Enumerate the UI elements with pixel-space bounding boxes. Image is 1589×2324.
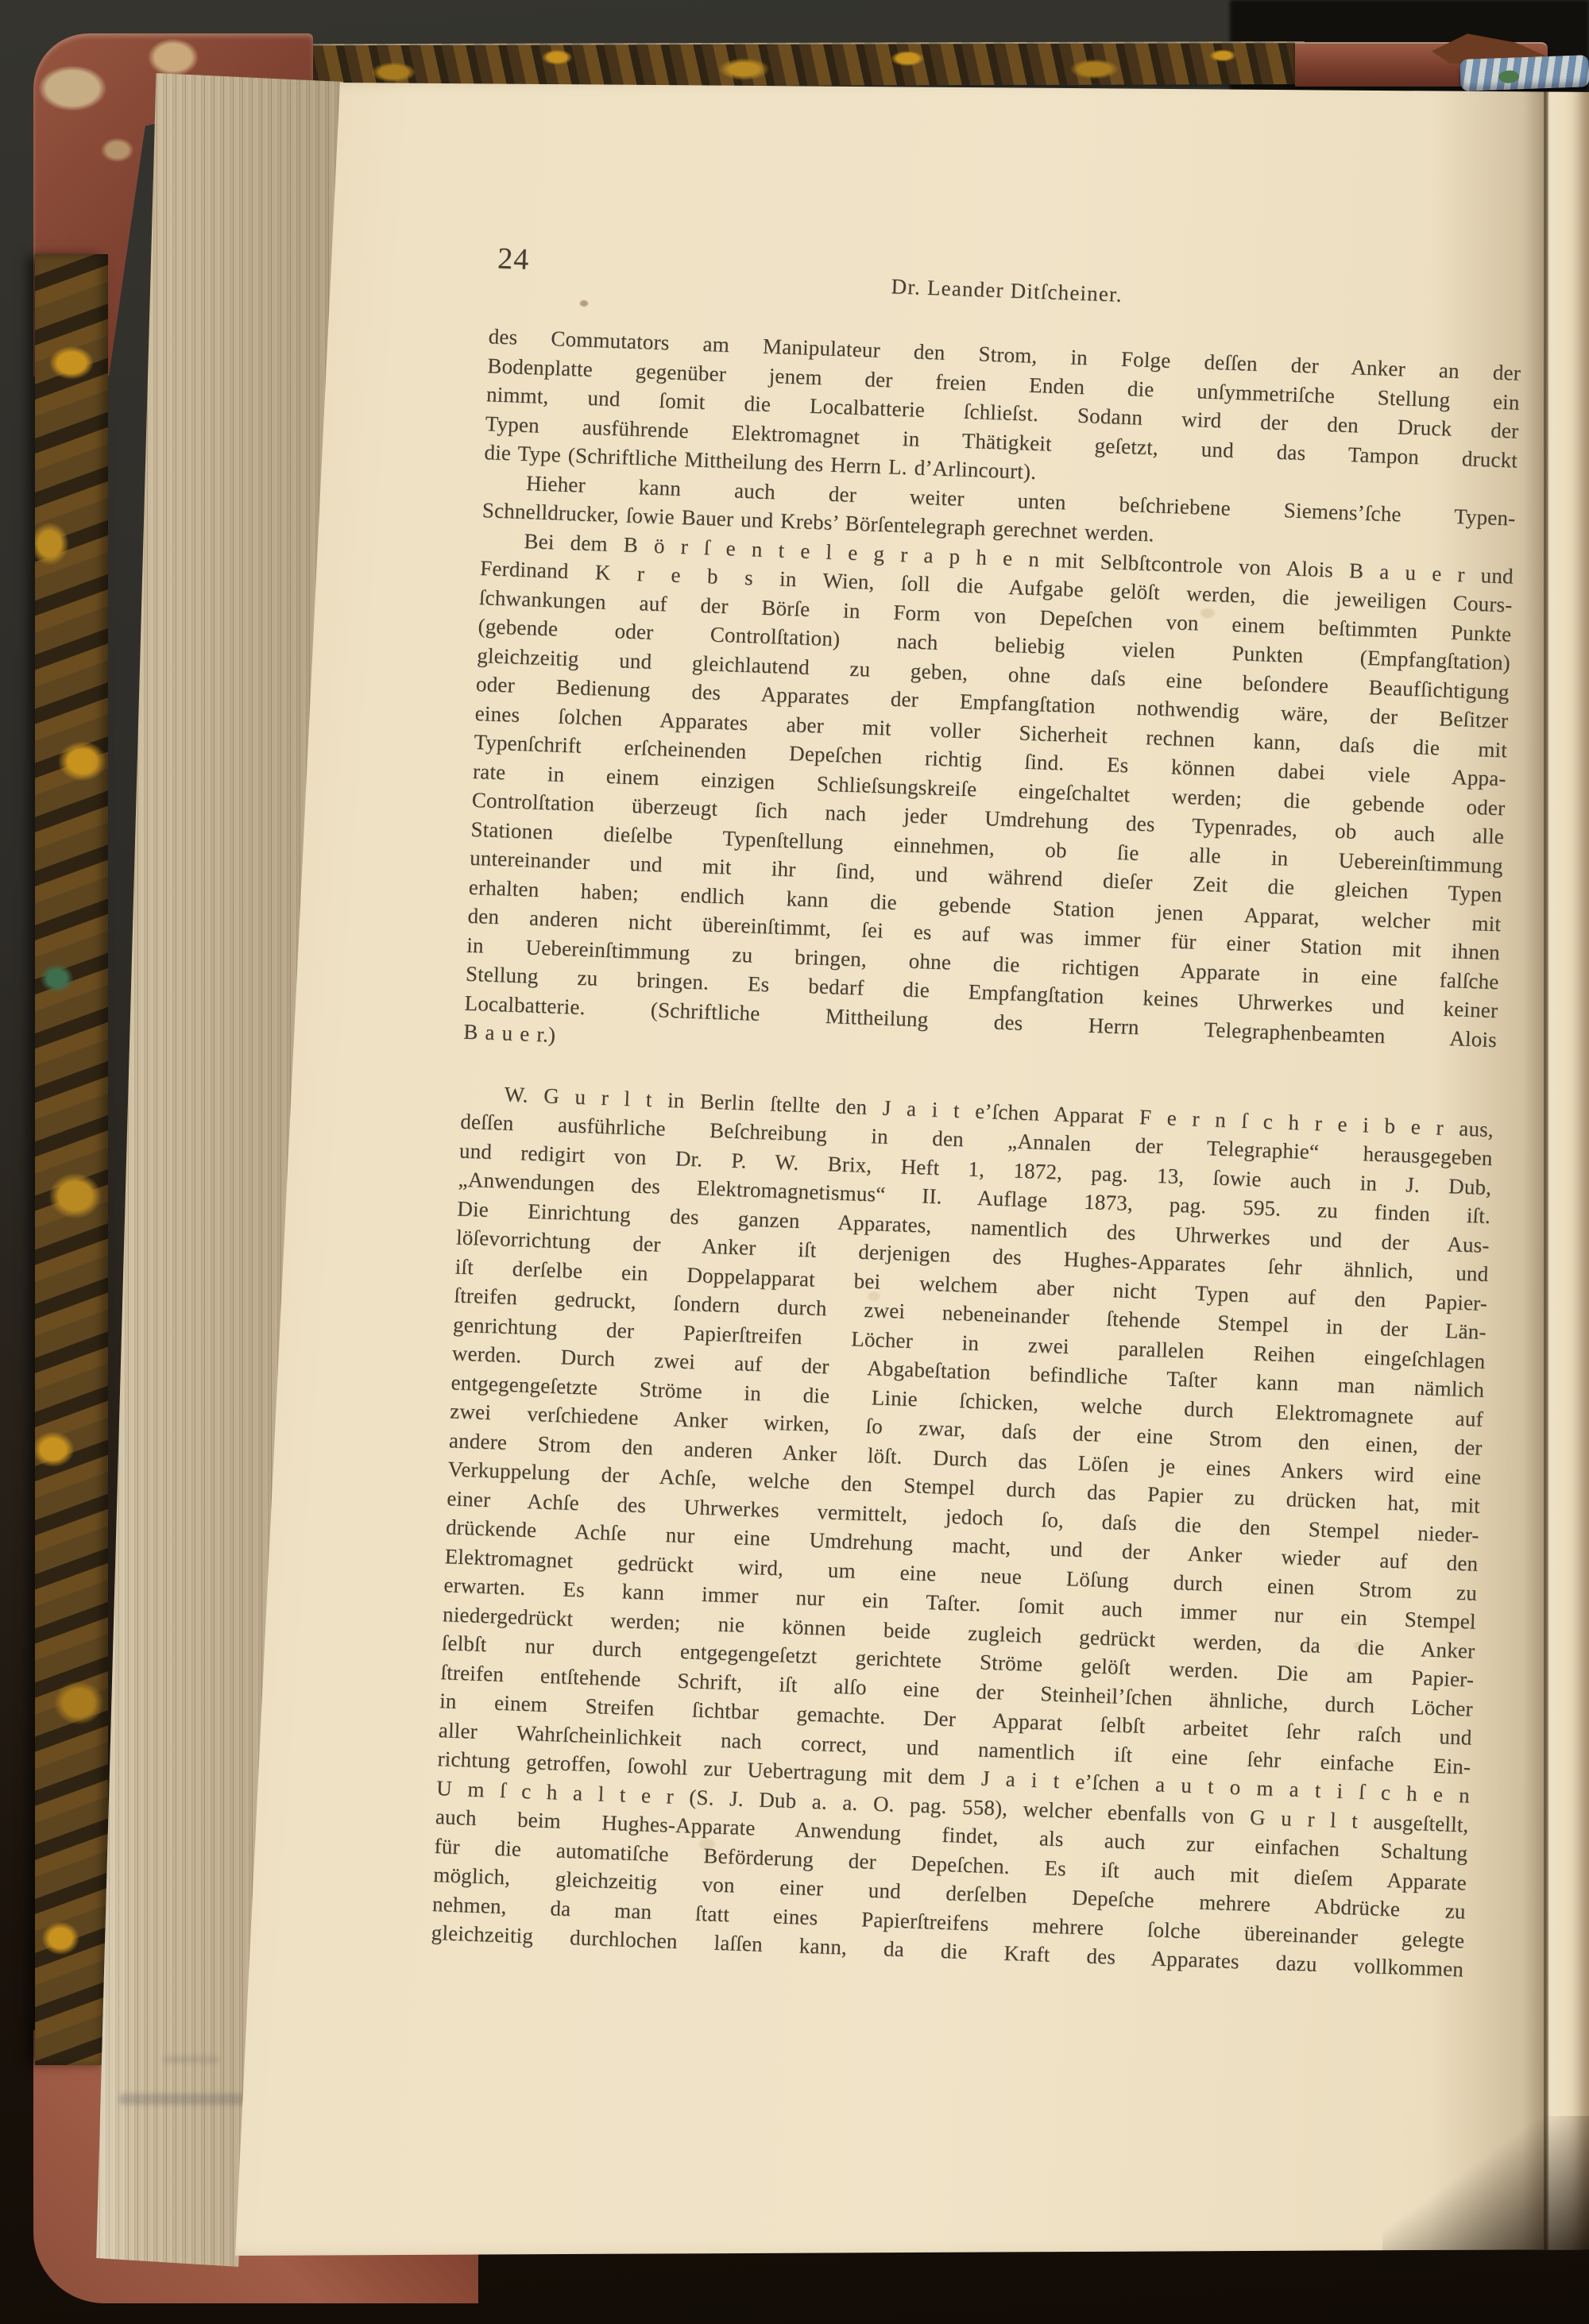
bottom-right-shadow <box>1382 2116 1589 2267</box>
headband-green-fleck <box>1498 70 1520 83</box>
paragraph: W. G u r l t in Berlin ſtellte den J a i… <box>431 1078 1494 1984</box>
gutter-fold <box>1544 73 1549 2267</box>
book-cover-left-edge-marbled <box>35 254 108 2065</box>
printed-text-area: 24 Dr. Leander Ditſcheiner. des Commutat… <box>431 237 1524 1984</box>
headband <box>1459 55 1589 91</box>
paragraph: Bei dem B ö r ſ e n t e l e g r a p h e … <box>463 525 1514 1083</box>
running-header: Dr. Leander Ditſcheiner. <box>490 260 1523 321</box>
fore-edge-pencil-smudge <box>163 2056 218 2063</box>
book-page: 24 Dr. Leander Ditſcheiner. des Commutat… <box>222 73 1589 2267</box>
scan-background: { "page": { "page_number": "24", "runnin… <box>0 0 1589 2324</box>
body-text: des Commutators am Manipulateur den Stro… <box>431 322 1521 1984</box>
next-page-edge <box>1549 73 1589 2267</box>
